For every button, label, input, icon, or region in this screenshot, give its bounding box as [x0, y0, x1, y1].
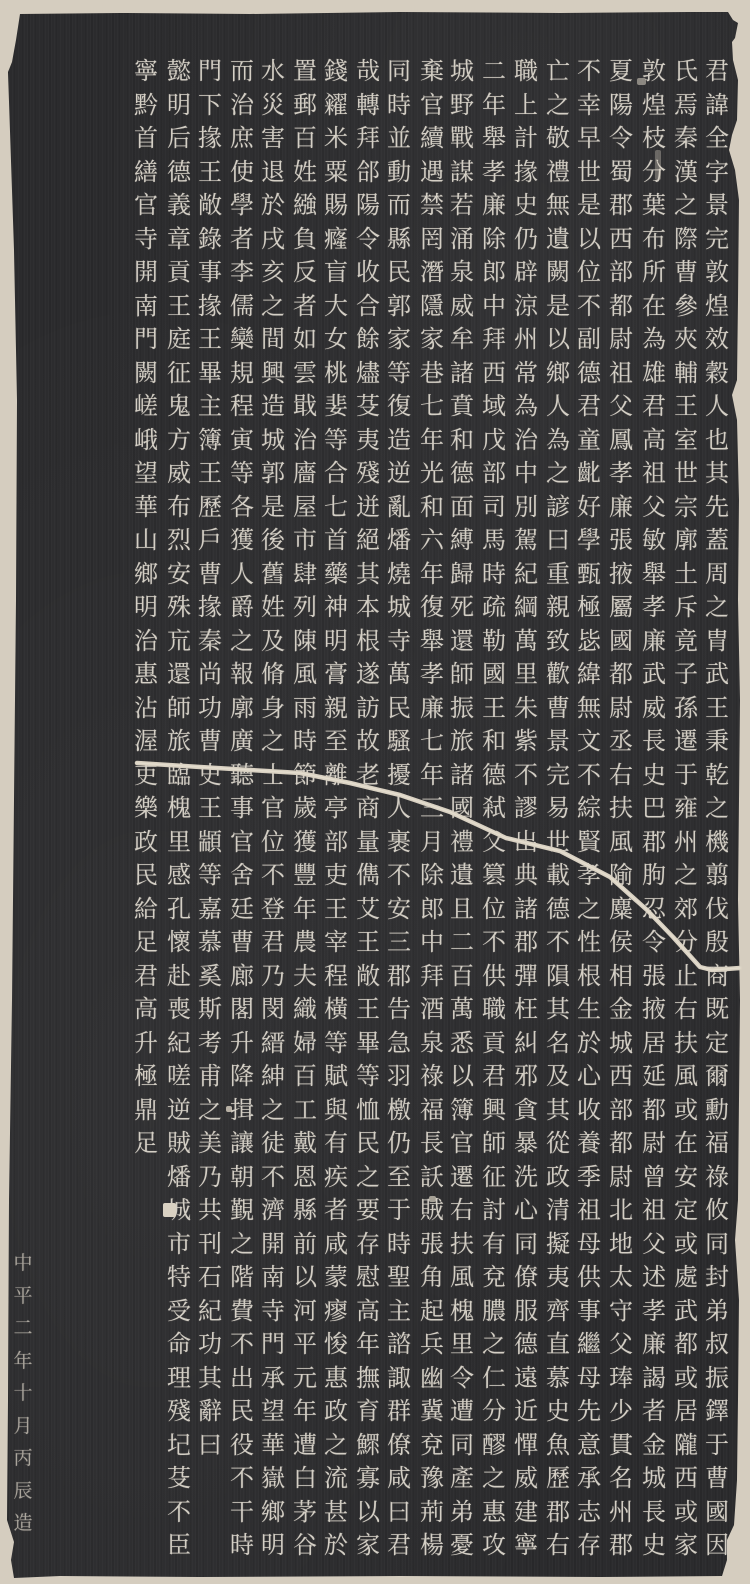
character: 穀 — [703, 357, 731, 391]
character: 於 — [259, 189, 287, 223]
character: 家 — [672, 1529, 700, 1563]
character: 殷 — [703, 926, 731, 960]
character: 報 — [228, 658, 256, 692]
character: 平 — [11, 1280, 35, 1313]
character: 並 — [385, 122, 413, 156]
character: 商 — [354, 792, 382, 826]
character: 子 — [672, 658, 700, 692]
character: 為 — [640, 323, 668, 357]
character: 夫 — [291, 960, 319, 994]
character: 嶽 — [259, 1462, 287, 1496]
character: 布 — [640, 223, 668, 257]
character: 山 — [132, 524, 160, 558]
character: 或 — [672, 1362, 700, 1396]
character: 等 — [322, 1027, 350, 1061]
character: 雍 — [672, 792, 700, 826]
character: 婦 — [291, 1027, 319, 1061]
character: 縣 — [385, 223, 413, 257]
character: 民 — [228, 1395, 256, 1429]
character: 工 — [291, 1094, 319, 1128]
character: 敏 — [640, 524, 668, 558]
character: 安 — [165, 558, 193, 592]
character: 為 — [512, 390, 540, 424]
character: 爾 — [703, 1060, 731, 1094]
character: 不 — [575, 290, 603, 324]
character: 戰 — [448, 122, 476, 156]
character: 義 — [165, 189, 193, 223]
character: 燔 — [165, 1161, 193, 1195]
character: 時 — [228, 1529, 256, 1563]
character: 出 — [228, 1362, 256, 1396]
character: 仁 — [480, 1362, 508, 1396]
character: 諸 — [448, 759, 476, 793]
character: 故 — [354, 725, 382, 759]
character: 巴 — [640, 792, 668, 826]
character: 升 — [228, 1027, 256, 1061]
character: 曹 — [703, 1462, 731, 1496]
character: 性 — [575, 926, 603, 960]
character: 同 — [385, 55, 413, 89]
character: 人 — [385, 792, 413, 826]
character: 閣 — [228, 993, 256, 1027]
character: 風 — [607, 826, 635, 860]
character: 司 — [480, 491, 508, 525]
character: 遺 — [448, 859, 476, 893]
character: 年 — [418, 759, 446, 793]
text-column-8: 二年舉孝廉除郎中拜西域戊部司馬時疏勒國王和德弒父篡位不供職貢君興師征討有兗膿之仁… — [480, 55, 508, 1563]
character: 谷 — [291, 1529, 319, 1563]
character: 雄 — [640, 357, 668, 391]
character: 以 — [354, 1496, 382, 1530]
character: 上 — [512, 89, 540, 123]
character: 重 — [544, 558, 572, 592]
character: 太 — [607, 1261, 635, 1295]
character: 明 — [322, 625, 350, 659]
character: 僚 — [512, 1261, 540, 1295]
character: 歷 — [544, 1462, 572, 1496]
character: 王 — [354, 993, 382, 1027]
character: 先 — [575, 1395, 603, 1429]
character: 孝 — [575, 859, 603, 893]
character: 官 — [259, 792, 287, 826]
character: 以 — [575, 223, 603, 257]
character: 世 — [575, 156, 603, 190]
character: 述 — [640, 1261, 668, 1295]
character: 縣 — [291, 1194, 319, 1228]
character: 仍 — [512, 223, 540, 257]
character: 艾 — [354, 893, 382, 927]
character: 尉 — [640, 1127, 668, 1161]
character: 反 — [291, 256, 319, 290]
character: 程 — [322, 960, 350, 994]
character: 造 — [259, 390, 287, 424]
character: 置 — [291, 55, 319, 89]
character: 覲 — [228, 1194, 256, 1228]
character: 紀 — [196, 1295, 224, 1329]
character: 鳳 — [607, 424, 635, 458]
character: 和 — [418, 491, 446, 525]
character: 西 — [607, 223, 635, 257]
character: 時 — [480, 558, 508, 592]
character: 際 — [672, 223, 700, 257]
character: 家 — [385, 323, 413, 357]
character: 夏 — [607, 55, 635, 89]
character: 有 — [480, 1228, 508, 1262]
character: 遭 — [291, 1429, 319, 1463]
character: 程 — [228, 390, 256, 424]
character: 金 — [640, 1429, 668, 1463]
character: 高 — [354, 1295, 382, 1329]
character: 等 — [196, 859, 224, 893]
character: 門 — [259, 1328, 287, 1362]
character: 鐸 — [703, 1395, 731, 1429]
character: 處 — [672, 1261, 700, 1295]
character: 萬 — [512, 625, 540, 659]
character: 逆 — [385, 457, 413, 491]
character: 緯 — [575, 658, 603, 692]
character: 嵯 — [132, 390, 160, 424]
character: 明 — [165, 89, 193, 123]
character: 膏 — [322, 658, 350, 692]
character: 欒 — [228, 323, 256, 357]
character: 舊 — [259, 558, 287, 592]
character: 暴 — [512, 1127, 540, 1161]
character: 盲 — [322, 256, 350, 290]
character: 畢 — [354, 1027, 382, 1061]
character: 民 — [132, 859, 160, 893]
character: 以 — [291, 1261, 319, 1295]
character: 叔 — [703, 1328, 731, 1362]
character: 風 — [291, 658, 319, 692]
character: 糾 — [512, 1027, 540, 1061]
character: 郎 — [418, 893, 446, 927]
character: 治 — [132, 625, 160, 659]
character: 之 — [354, 1161, 382, 1195]
character: 月 — [11, 1410, 35, 1443]
character: 君 — [575, 390, 603, 424]
character: 罔 — [418, 223, 446, 257]
character: 戶 — [196, 524, 224, 558]
character: 金 — [607, 993, 635, 1027]
character: 殘 — [354, 457, 382, 491]
character: 相 — [607, 960, 635, 994]
character: 威 — [165, 457, 193, 491]
character: 黔 — [132, 89, 160, 123]
character: 篡 — [480, 859, 508, 893]
character: 儒 — [228, 290, 256, 324]
character: 民 — [385, 692, 413, 726]
character: 事 — [196, 256, 224, 290]
character: 德 — [165, 156, 193, 190]
character: 或 — [672, 1496, 700, 1530]
character: 足 — [132, 926, 160, 960]
character: 亭 — [322, 792, 350, 826]
character: 甫 — [196, 1060, 224, 1094]
character: 掾 — [196, 122, 224, 156]
character: 南 — [259, 1261, 287, 1295]
character: 極 — [132, 1060, 160, 1094]
character: 姓 — [291, 156, 319, 190]
character: 風 — [672, 1060, 700, 1094]
character: 峨 — [132, 424, 160, 458]
character: 讓 — [228, 1127, 256, 1161]
character: 遷 — [448, 1161, 476, 1195]
character: 不 — [228, 1328, 256, 1362]
character: 和 — [480, 725, 508, 759]
character: 先 — [703, 491, 731, 525]
character: 石 — [196, 1261, 224, 1295]
character: 恤 — [354, 1094, 382, 1128]
character: 年 — [418, 424, 446, 458]
character: 職 — [512, 55, 540, 89]
character: 舍 — [228, 859, 256, 893]
character: 州 — [672, 826, 700, 860]
text-column-17: 門下掾王敞錄事掾王畢主簿王歷戶曹掾秦尚功曹史王顓等嘉慕奚斯考甫之美乃共刊石紀功其… — [196, 55, 224, 1462]
character: 國 — [448, 792, 476, 826]
character: 父 — [640, 1228, 668, 1262]
character: 廉 — [640, 1328, 668, 1362]
character: 不 — [385, 859, 413, 893]
text-column-13: 錢糴米粟賜癃盲大女桃婓等合七首藥神明膏親至離亭部吏王宰程橫等賦與有疾者咸蒙瘳悛惠… — [322, 55, 350, 1563]
character: 徒 — [259, 1127, 287, 1161]
text-column-18: 懿明后德義章貢王庭征鬼方威布烈安殊巟還師旅臨槐里感孔懷赴喪紀嗟逆賊燔城市特受命理… — [165, 55, 193, 1563]
character: 圮 — [165, 1429, 193, 1463]
character: 遂 — [354, 658, 382, 692]
character: 里 — [165, 826, 193, 860]
character: 咸 — [385, 1462, 413, 1496]
character: 君 — [640, 390, 668, 424]
character: 枝 — [640, 122, 668, 156]
character: 惠 — [480, 1496, 508, 1530]
character: 土 — [672, 558, 700, 592]
character: 孝 — [480, 156, 508, 190]
character: 之 — [480, 1462, 508, 1496]
character: 鬼 — [165, 390, 193, 424]
character: 百 — [291, 122, 319, 156]
character: 拜 — [480, 323, 508, 357]
character: 吏 — [322, 859, 350, 893]
character: 豫 — [418, 1462, 446, 1496]
character: 間 — [259, 323, 287, 357]
character: 角 — [418, 1261, 446, 1295]
character: 敬 — [544, 122, 572, 156]
character: 高 — [132, 993, 160, 1027]
character: 竟 — [672, 625, 700, 659]
character: 桃 — [322, 357, 350, 391]
character: 政 — [544, 1161, 572, 1195]
character: 西 — [672, 1462, 700, 1496]
character: 貫 — [607, 1429, 635, 1463]
character: 為 — [544, 424, 572, 458]
character: 懷 — [165, 926, 193, 960]
character: 受 — [165, 1295, 193, 1329]
character: 事 — [575, 1295, 603, 1329]
character: 曹 — [672, 256, 700, 290]
character: 烈 — [165, 524, 193, 558]
character: 漢 — [672, 156, 700, 190]
character: 孝 — [418, 658, 446, 692]
character: 君 — [703, 55, 731, 89]
character: 老 — [354, 759, 382, 793]
character: 秦 — [672, 122, 700, 156]
character: 巟 — [165, 625, 193, 659]
character: 舉 — [418, 625, 446, 659]
character: 其 — [544, 1094, 572, 1128]
character: 刊 — [196, 1228, 224, 1262]
character: 完 — [544, 759, 572, 793]
character: 幽 — [418, 1362, 446, 1396]
character: 顓 — [196, 826, 224, 860]
character: 涌 — [448, 223, 476, 257]
character: 學 — [575, 524, 603, 558]
character: 戢 — [291, 390, 319, 424]
character: 鄉 — [259, 1496, 287, 1530]
character: 繕 — [132, 156, 160, 190]
character: 闕 — [132, 357, 160, 391]
character: 風 — [448, 1261, 476, 1295]
character: 門 — [196, 55, 224, 89]
character: 參 — [672, 290, 700, 324]
character: 心 — [575, 1060, 603, 1094]
character: 涼 — [512, 290, 540, 324]
character: 曾 — [640, 1161, 668, 1195]
character: 定 — [703, 1027, 731, 1061]
character: 擾 — [385, 759, 413, 793]
character: 復 — [418, 591, 446, 625]
character: 孝 — [640, 591, 668, 625]
character: 屋 — [291, 491, 319, 525]
character: 餘 — [354, 323, 382, 357]
character: 斥 — [672, 591, 700, 625]
character: 右 — [448, 1194, 476, 1228]
character: 邪 — [512, 1060, 540, 1094]
character: 里 — [448, 1328, 476, 1362]
character: 時 — [291, 725, 319, 759]
text-column-9: 城野戰謀若涌泉威牟諸賁和德面縛歸死還師振旅諸國禮遺且二百萬悉以簿官遷右扶風槐里令… — [448, 55, 476, 1563]
character: 者 — [322, 1194, 350, 1228]
character: 甄 — [575, 558, 603, 592]
character: 根 — [354, 625, 382, 659]
character: 登 — [259, 893, 287, 927]
character: 令 — [448, 1362, 476, 1396]
character: 悛 — [322, 1328, 350, 1362]
character: 蒙 — [322, 1261, 350, 1295]
character: 都 — [607, 290, 635, 324]
character: 造 — [11, 1507, 35, 1540]
character: 殘 — [165, 1395, 193, 1429]
character: 年 — [354, 1328, 382, 1362]
character: 居 — [640, 1027, 668, 1061]
character: 爵 — [228, 591, 256, 625]
character: 駕 — [512, 524, 540, 558]
character: 李 — [228, 256, 256, 290]
character: 人 — [703, 390, 731, 424]
character: 弒 — [480, 792, 508, 826]
character: 降 — [228, 1060, 256, 1094]
character: 魚 — [544, 1429, 572, 1463]
character: 父 — [607, 390, 635, 424]
character: 貢 — [165, 256, 193, 290]
character: 舉 — [640, 558, 668, 592]
character: 章 — [165, 223, 193, 257]
character: 廉 — [607, 491, 635, 525]
character: 醪 — [480, 1429, 508, 1463]
character: 文 — [575, 725, 603, 759]
character: 福 — [418, 1094, 446, 1128]
character: 慕 — [544, 1362, 572, 1396]
character: 曰 — [544, 524, 572, 558]
character: 明 — [132, 591, 160, 625]
character: 廉 — [480, 189, 508, 223]
character: 奚 — [196, 960, 224, 994]
character: 掖 — [607, 558, 635, 592]
character: 賁 — [448, 390, 476, 424]
character: 遭 — [448, 1395, 476, 1429]
character: 供 — [575, 1261, 603, 1295]
character: 至 — [385, 1161, 413, 1195]
character: 是 — [575, 189, 603, 223]
character: 產 — [448, 1462, 476, 1496]
character: 親 — [322, 692, 350, 726]
character: 兵 — [418, 1328, 446, 1362]
character: 兗 — [418, 1429, 446, 1463]
character: 諱 — [703, 89, 731, 123]
character: 以 — [448, 1060, 476, 1094]
character: 干 — [228, 1496, 256, 1530]
character: 中 — [480, 290, 508, 324]
character: 張 — [418, 1228, 446, 1262]
character: 神 — [322, 591, 350, 625]
character: 功 — [196, 692, 224, 726]
character: 城 — [385, 591, 413, 625]
character: 敞 — [196, 189, 224, 223]
character: 王 — [196, 323, 224, 357]
character: 騷 — [385, 725, 413, 759]
character: 綱 — [512, 591, 540, 625]
character: 至 — [322, 725, 350, 759]
character: 瘳 — [322, 1295, 350, 1329]
character: 城 — [607, 1027, 635, 1061]
character: 馬 — [480, 524, 508, 558]
character: 丞 — [607, 725, 635, 759]
character: 無 — [575, 692, 603, 726]
character: 王 — [703, 692, 731, 726]
character: 僚 — [385, 1429, 413, 1463]
text-column-7: 職上計掾史仍辟涼州常為治中別駕紀綱萬里朱紫不謬出典諸郡彈枉糾邪貪暴洗心同僚服德遠… — [512, 55, 540, 1563]
character: 疏 — [480, 591, 508, 625]
character: 而 — [228, 55, 256, 89]
character: 辟 — [512, 256, 540, 290]
character: 者 — [291, 290, 319, 324]
character: 中 — [11, 1247, 35, 1280]
character: 洗 — [512, 1161, 540, 1195]
character: 焉 — [672, 89, 700, 123]
character: 和 — [448, 424, 476, 458]
character: 延 — [640, 1060, 668, 1094]
character: 二 — [448, 926, 476, 960]
character: 戌 — [259, 223, 287, 257]
character: 檄 — [385, 1094, 413, 1128]
character: 遇 — [418, 156, 446, 190]
character: 秦 — [196, 625, 224, 659]
character: 名 — [607, 1462, 635, 1496]
character: 給 — [132, 893, 160, 927]
character: 王 — [480, 692, 508, 726]
character: 之 — [259, 1094, 287, 1128]
character: 齊 — [544, 1295, 572, 1329]
character: 武 — [703, 658, 731, 692]
character: 野 — [448, 89, 476, 123]
